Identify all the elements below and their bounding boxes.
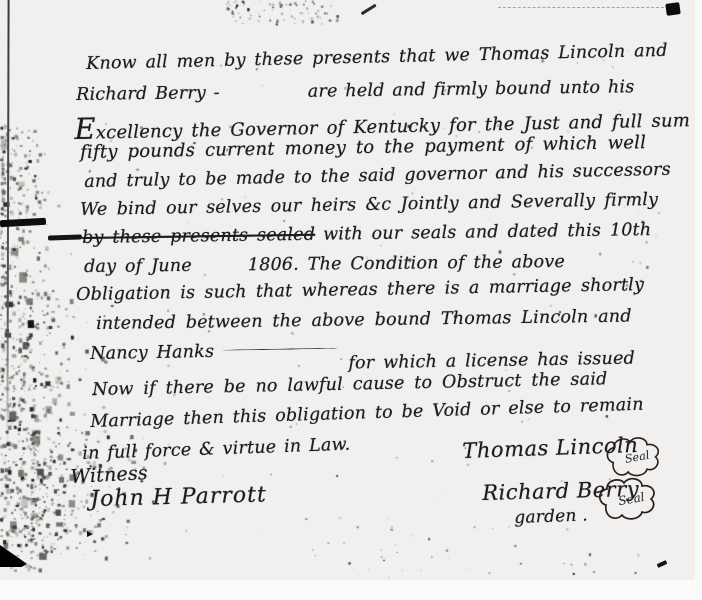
seal-scallop-icon: Seal	[594, 474, 658, 522]
seal-label: Seal	[624, 449, 651, 466]
witness-signature: John H Parrott	[90, 482, 267, 512]
spacer	[192, 270, 248, 271]
scan-artifact-line	[498, 7, 664, 8]
seal-label: Seal	[617, 490, 646, 508]
doc-line-struck-text: by these presents sealed	[82, 225, 315, 248]
doc-line-left: day of June	[84, 256, 192, 277]
scanned-document-page: Know all men by these presents that we T…	[0, 0, 702, 600]
doc-line-right: 1806. The Condition of the above	[248, 252, 565, 275]
scan-edge-right	[695, 0, 702, 600]
seal-scallop-icon: Seal	[602, 434, 662, 478]
doc-line-left: Richard Berry -	[76, 83, 220, 105]
signature-note-garden: garden .	[514, 505, 588, 528]
spacer	[220, 97, 308, 98]
scan-artifact-blob	[665, 2, 681, 16]
doc-line-left: Nancy Hanks	[90, 342, 214, 364]
seal-thomas-lincoln: Seal	[602, 434, 662, 478]
flourish-line	[222, 348, 338, 351]
witness-label: Witness	[70, 462, 148, 488]
seal-richard-berry: Seal	[594, 474, 658, 522]
